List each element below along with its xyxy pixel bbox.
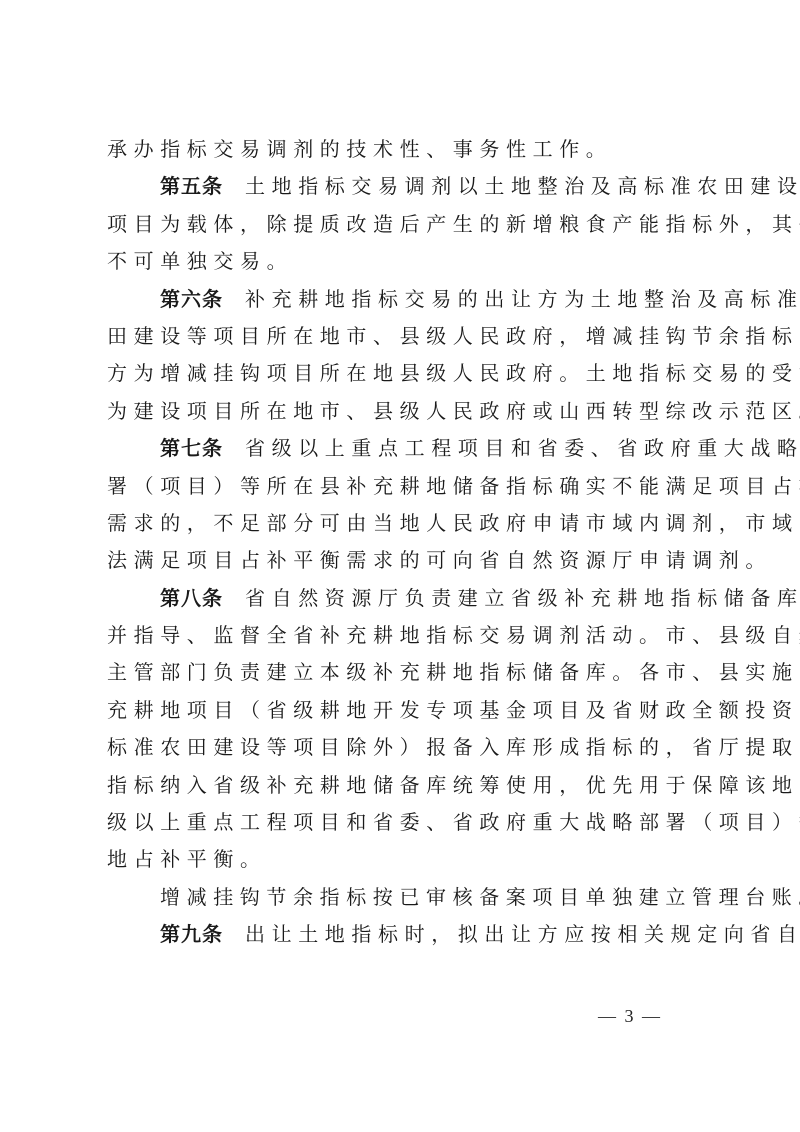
line-text: 地占补平衡。: [107, 847, 267, 871]
line-text: 级以上重点工程项目和省委、省政府重大战略部署（项目）等的耕: [107, 810, 800, 834]
line-text: 充耕地项目（省级耕地开发专项基金项目及省财政全额投资的高: [107, 698, 800, 722]
text-line: 标准农田建设等项目除外）报备入库形成指标的，省厅提取 15%: [107, 729, 697, 766]
text-line: 田建设等项目所在地市、县级人民政府，增减挂钩节余指标的出让: [107, 318, 697, 355]
paragraph-line: 增减挂钩节余指标按已审核备案项目单独建立管理台账。: [107, 879, 697, 916]
text-line: 为建设项目所在地市、县级人民政府或山西转型综改示范区。: [107, 393, 697, 430]
line-text: 承办指标交易调剂的技术性、事务性工作。: [107, 137, 612, 161]
text-line: 方为增减挂钩项目所在地县级人民政府。土地指标交易的受让方: [107, 355, 697, 392]
document-body: 承办指标交易调剂的技术性、事务性工作。 第五条土地指标交易调剂以土地整治及高标准…: [107, 131, 697, 954]
line-text: 增减挂钩节余指标按已审核备案项目单独建立管理台账。: [160, 885, 800, 909]
text-line: 需求的，不足部分可由当地人民政府申请市域内调剂，市域内仍无: [107, 505, 697, 542]
line-text: 补充耕地指标交易的出让方为土地整治及高标准农: [245, 287, 800, 311]
article-label: 第七条: [160, 436, 223, 460]
article-label: 第九条: [160, 922, 223, 946]
article-label: 第五条: [160, 174, 223, 198]
line-text: 并指导、监督全省补充耕地指标交易调剂活动。市、县级自然资源: [107, 623, 800, 647]
text-line: 不可单独交易。: [107, 243, 697, 280]
article-9-heading-line: 第九条出让土地指标时，拟出让方应按相关规定向省自然: [107, 916, 697, 953]
line-text: 指标纳入省级补充耕地储备库统筹使用，优先用于保障该地区省: [107, 773, 800, 797]
text-line: 署（项目）等所在县补充耕地储备指标确实不能满足项目占补平衡: [107, 468, 697, 505]
line-text: 不可单独交易。: [107, 249, 293, 273]
article-label: 第六条: [160, 287, 223, 311]
line-text: 法满足项目占补平衡需求的可向省自然资源厅申请调剂。: [107, 548, 772, 572]
article-5-heading-line: 第五条土地指标交易调剂以土地整治及高标准农田建设等: [107, 168, 697, 205]
text-line: 地占补平衡。: [107, 841, 697, 878]
line-text: 主管部门负责建立本级补充耕地指标储备库。各市、县实施的补: [107, 660, 800, 684]
text-line: 主管部门负责建立本级补充耕地指标储备库。各市、县实施的补: [107, 654, 697, 691]
line-text: 土地指标交易调剂以土地整治及高标准农田建设等: [245, 174, 800, 198]
text-line: 指标纳入省级补充耕地储备库统筹使用，优先用于保障该地区省: [107, 767, 697, 804]
line-text: 出让土地指标时，拟出让方应按相关规定向省自然: [245, 922, 800, 946]
page-number: — 3 —: [598, 1006, 662, 1027]
article-7-heading-line: 第七条省级以上重点工程项目和省委、省政府重大战略部: [107, 430, 697, 467]
line-text: 省自然资源厅负责建立省级补充耕地指标储备库，: [245, 586, 800, 610]
text-line: 充耕地项目（省级耕地开发专项基金项目及省财政全额投资的高: [107, 692, 697, 729]
article-6-heading-line: 第六条补充耕地指标交易的出让方为土地整治及高标准农: [107, 281, 697, 318]
text-line: 项目为载体，除提质改造后产生的新增粮食产能指标外，其他指标: [107, 206, 697, 243]
article-label: 第八条: [160, 586, 223, 610]
line-text: 署（项目）等所在县补充耕地储备指标确实不能满足项目占补平衡: [107, 474, 800, 498]
article-8-heading-line: 第八条省自然资源厅负责建立省级补充耕地指标储备库，: [107, 580, 697, 617]
line-text: 方为增减挂钩项目所在地县级人民政府。土地指标交易的受让方: [107, 361, 800, 385]
line-text: 省级以上重点工程项目和省委、省政府重大战略部: [245, 436, 800, 460]
line-text: 田建设等项目所在地市、县级人民政府，增减挂钩节余指标的出让: [107, 324, 800, 348]
line-text: 需求的，不足部分可由当地人民政府申请市域内调剂，市域内仍无: [107, 511, 800, 535]
line-text: 项目为载体，除提质改造后产生的新增粮食产能指标外，其他指标: [107, 212, 800, 236]
text-line: 法满足项目占补平衡需求的可向省自然资源厅申请调剂。: [107, 542, 697, 579]
text-line: 并指导、监督全省补充耕地指标交易调剂活动。市、县级自然资源: [107, 617, 697, 654]
line-text: 为建设项目所在地市、县级人民政府或山西转型综改示范区。: [107, 399, 800, 423]
line-text: 标准农田建设等项目除外）报备入库形成指标的，省厅提取 15%: [107, 735, 800, 759]
text-line: 承办指标交易调剂的技术性、事务性工作。: [107, 131, 697, 168]
text-line: 级以上重点工程项目和省委、省政府重大战略部署（项目）等的耕: [107, 804, 697, 841]
